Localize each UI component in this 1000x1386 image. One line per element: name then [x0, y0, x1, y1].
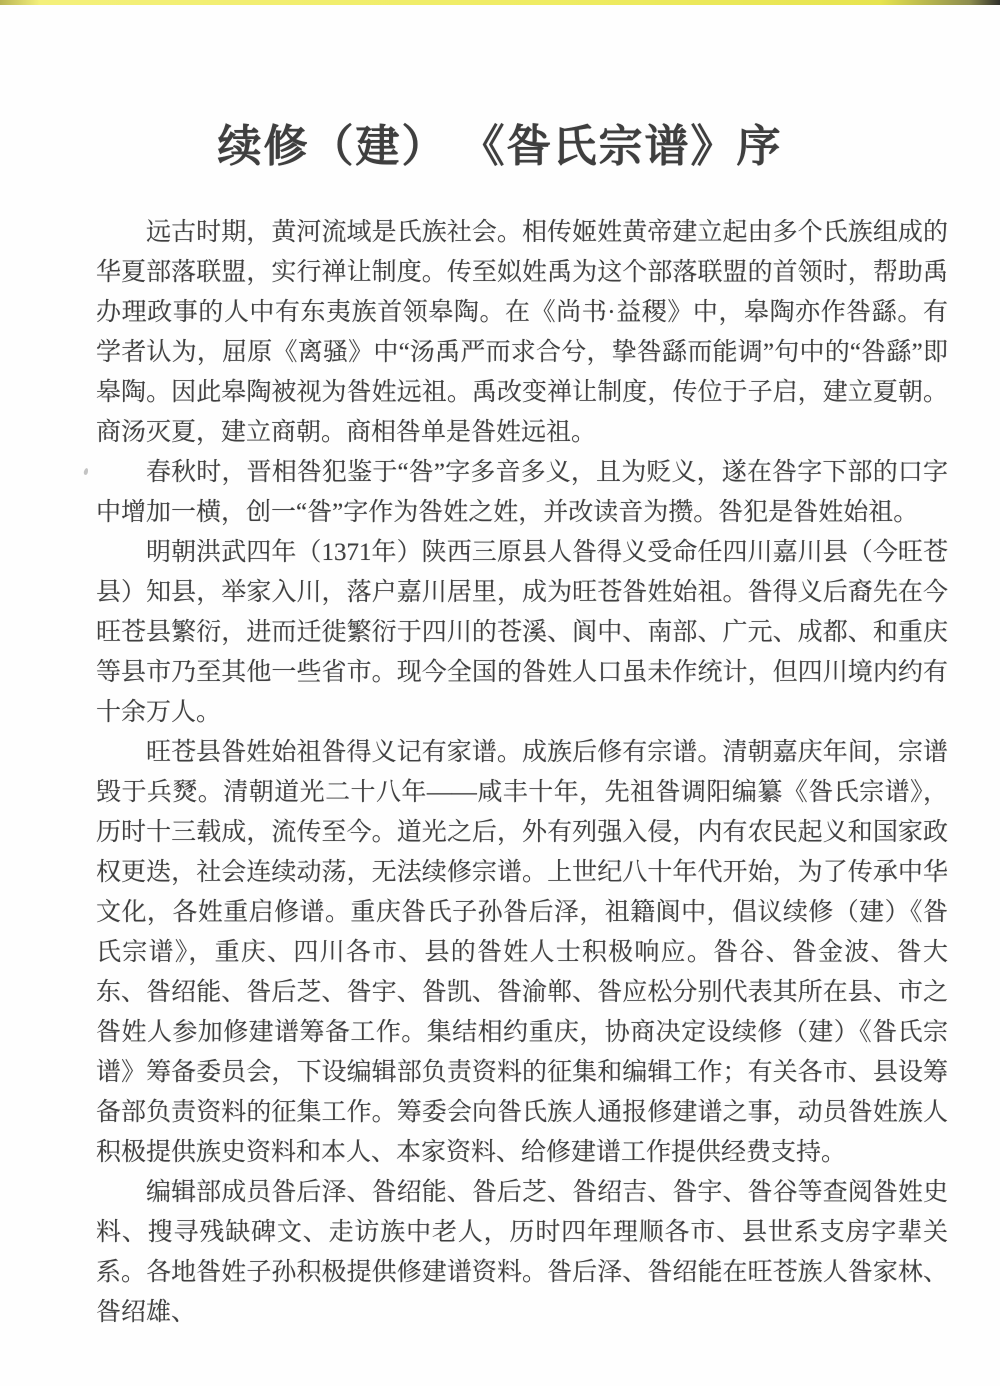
paragraph: 春秋时，晋相咎犯鉴于“咎”字多音多义，且为贬义，遂在咎字下部的口字中增加一横，创…: [96, 453, 948, 533]
scan-edge-artifact: [0, 0, 1000, 5]
paragraph: 明朝洪武四年（1371年）陕西三原县人昝得义受命任四川嘉川县（今旺苍县）知县，举…: [96, 533, 948, 733]
scan-speck: [83, 468, 89, 476]
scanned-page: 续修（建） 《昝氏宗谱》序 远古时期，黄河流域是氏族社会。相传姬姓黄帝建立起由多…: [0, 0, 1000, 1386]
paragraph: 远古时期，黄河流域是氏族社会。相传姬姓黄帝建立起由多个氏族组成的华夏部落联盟，实…: [96, 213, 948, 453]
document-body: 远古时期，黄河流域是氏族社会。相传姬姓黄帝建立起由多个氏族组成的华夏部落联盟，实…: [96, 213, 948, 1333]
paragraph: 旺苍县昝姓始祖昝得义记有家谱。成族后修有宗谱。清朝嘉庆年间，宗谱毁于兵燹。清朝道…: [96, 733, 948, 1173]
paragraph: 编辑部成员昝后泽、昝绍能、昝后芝、昝绍吉、昝宇、昝谷等查阅昝姓史料、搜寻残缺碑文…: [96, 1173, 948, 1333]
page-title: 续修（建） 《昝氏宗谱》序: [0, 110, 1000, 174]
